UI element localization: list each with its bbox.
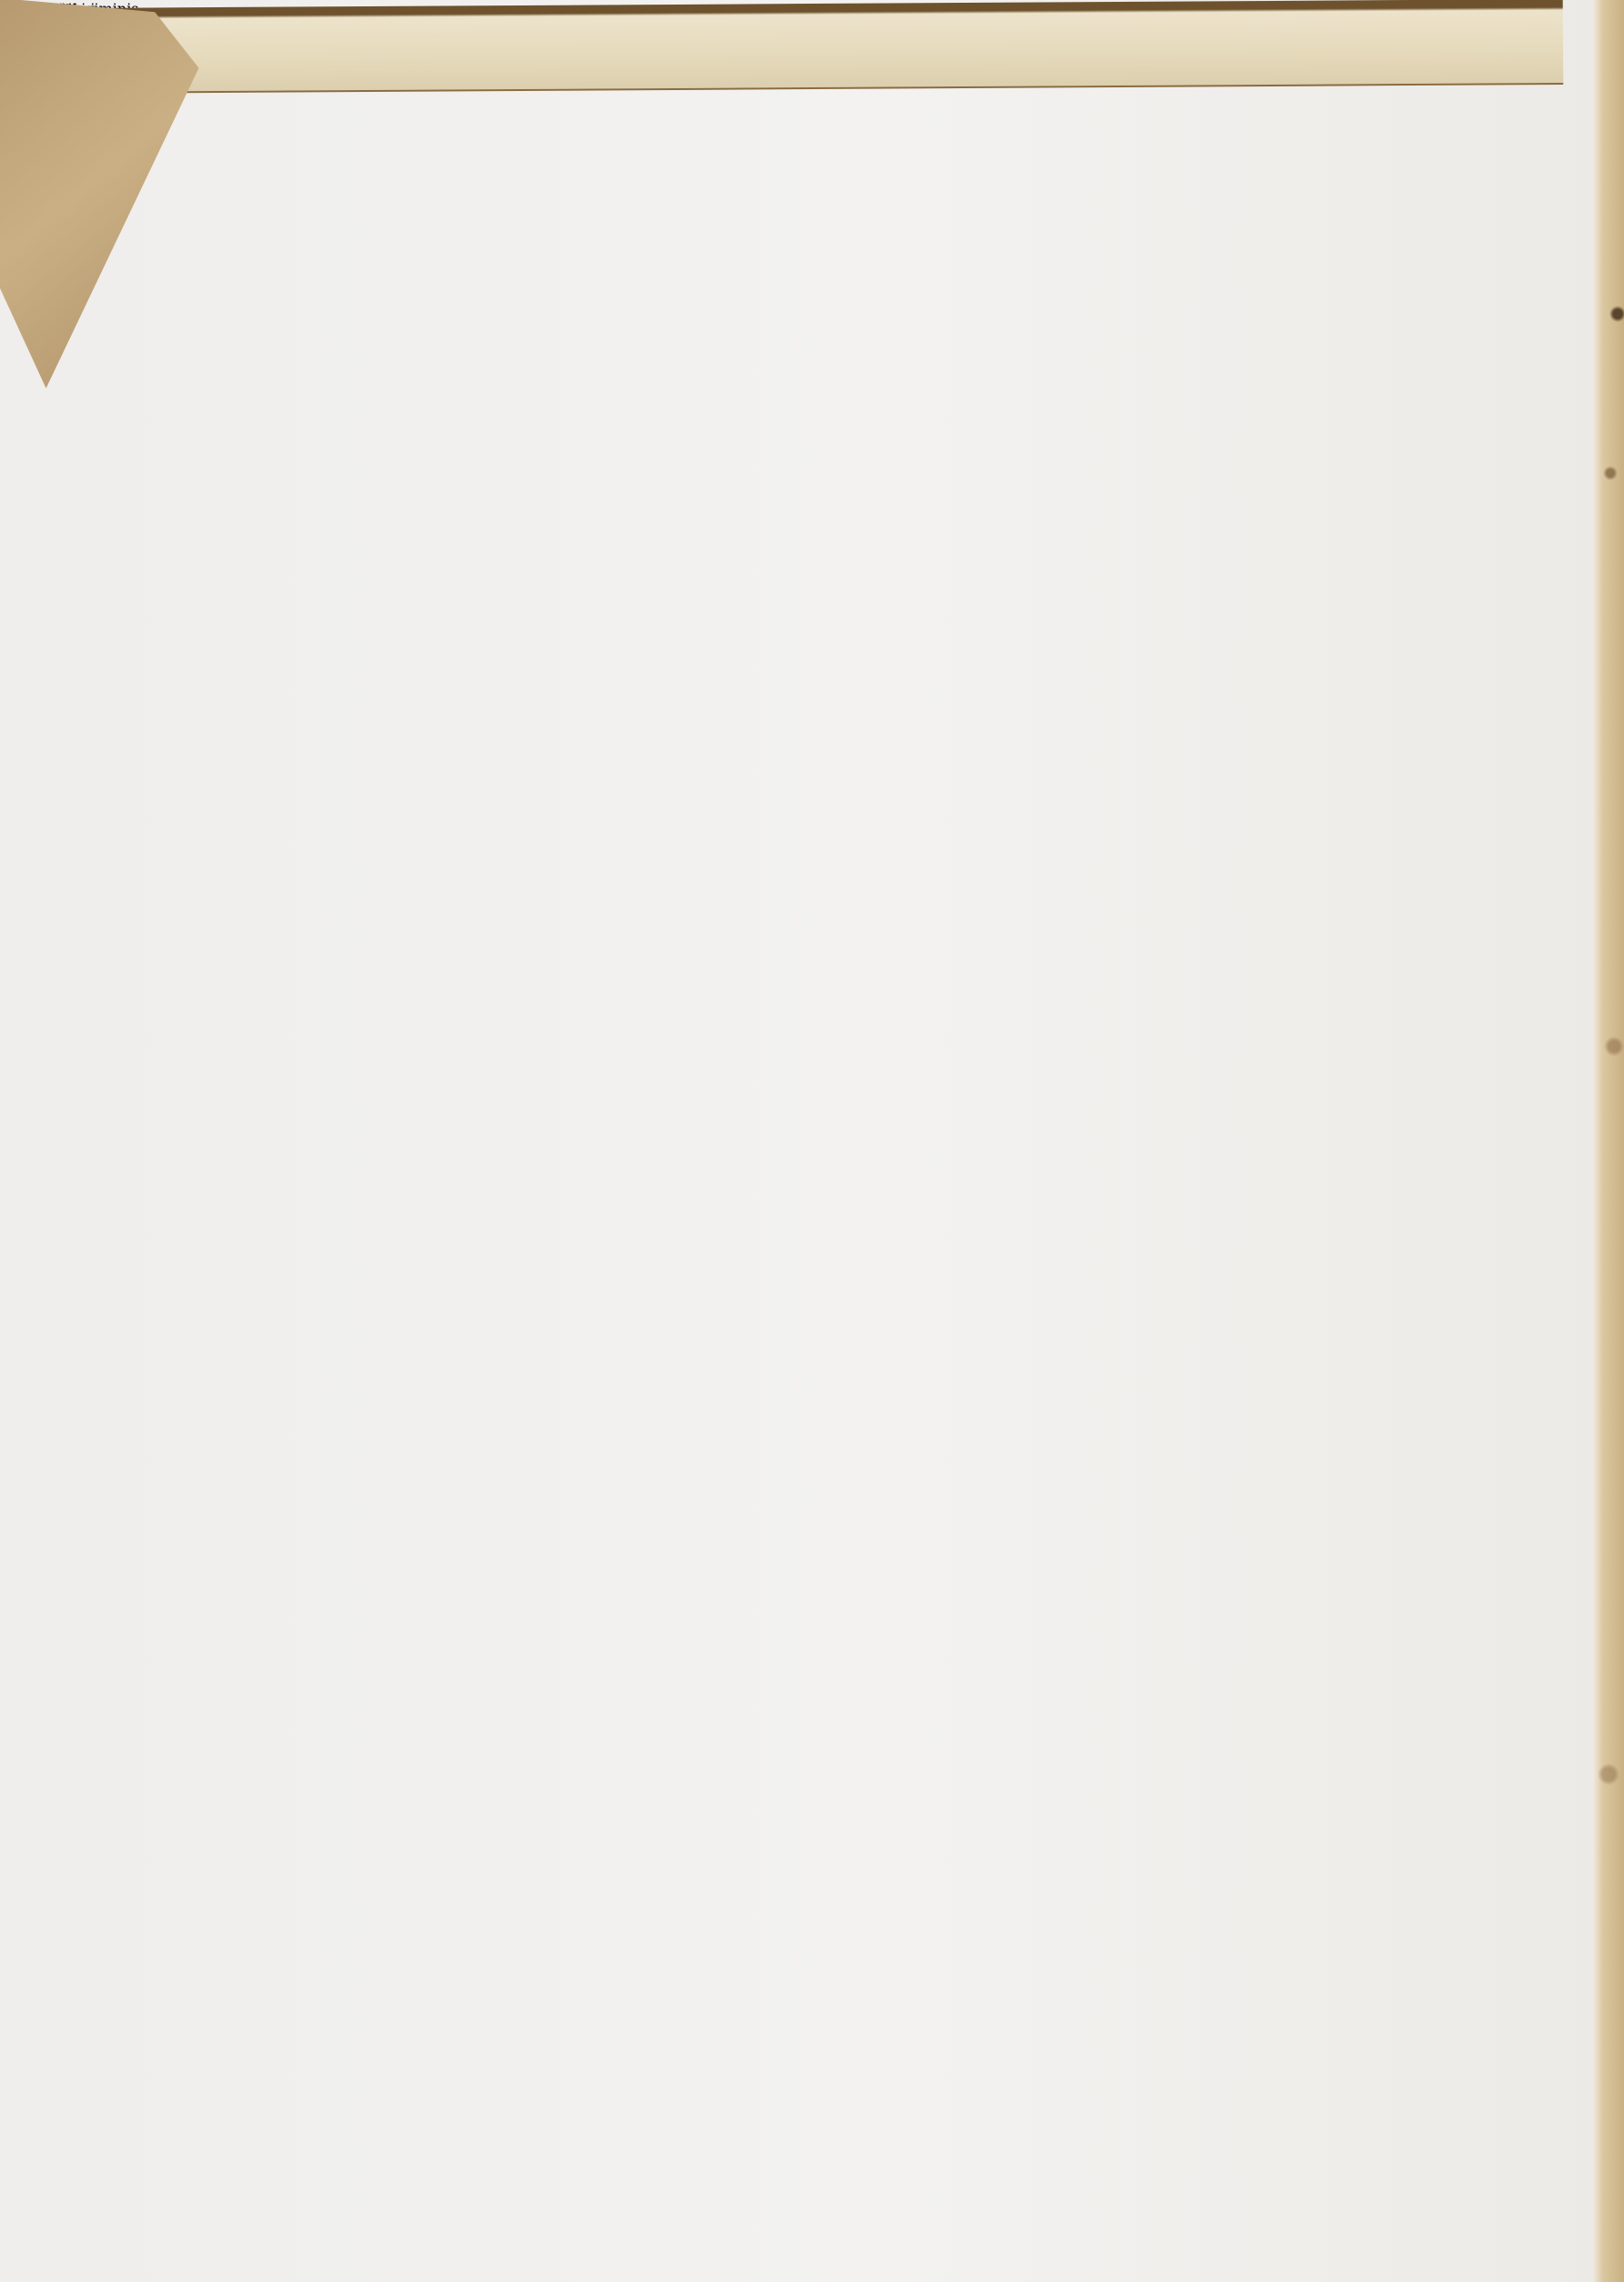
previous-leaf-top-edge xyxy=(71,0,1564,94)
manuscript-scan: LIBER Absoluta Assumtiua Concessio crimi… xyxy=(0,0,1624,2282)
underlying-leaf-bottom-edge xyxy=(264,2215,1538,2282)
adjacent-folio-edge-strip xyxy=(1592,0,1624,2282)
folded-corner-top-left xyxy=(0,0,209,400)
